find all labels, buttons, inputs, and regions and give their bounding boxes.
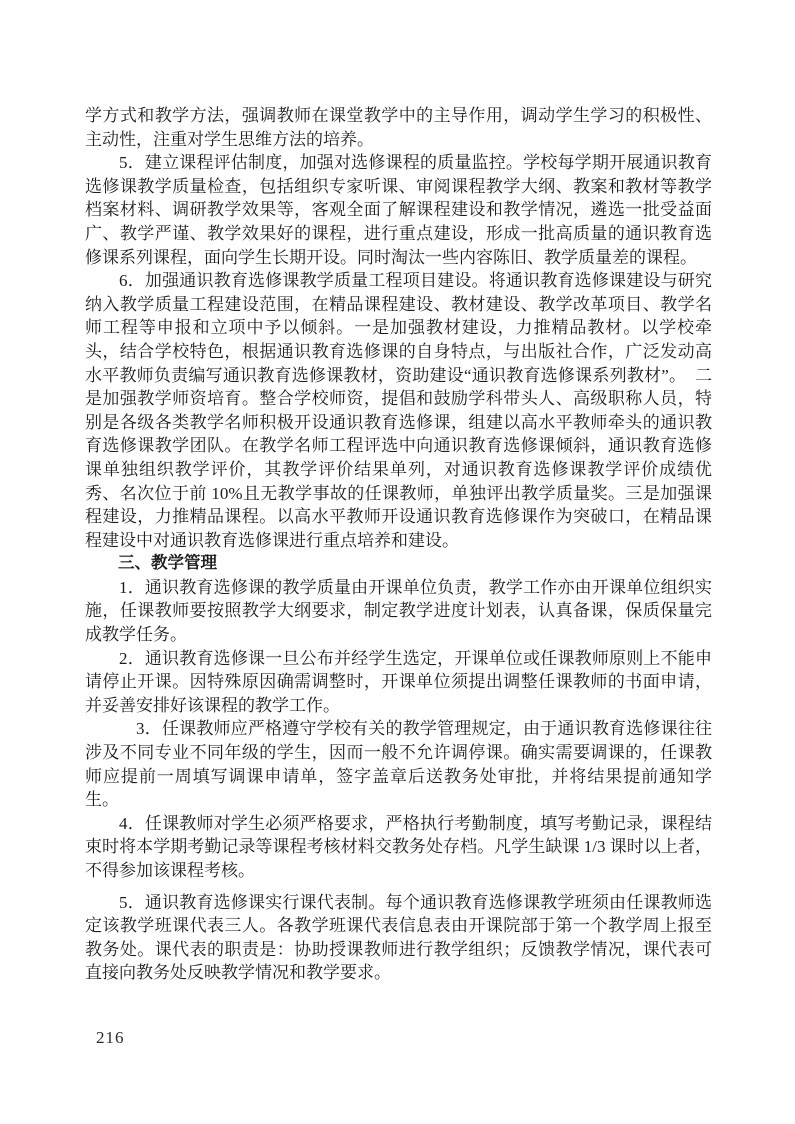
paragraph-continuation: 学方式和教学方法，强调教师在课堂教学中的主导作用，调动学生学习的积极性、主动性，… (85, 104, 712, 151)
list-item-2-course-cancellation: 2．通识教育选修课一旦公布并经学生选定，开课单位或任课教师原则上不能申请停止开课… (85, 647, 712, 718)
document-page: 学方式和教学方法，强调教师在课堂教学中的主导作用，调动学生学习的积极性、主动性，… (0, 0, 795, 1124)
section-heading-teaching-management: 三、教学管理 (85, 552, 712, 576)
list-item-3-schedule-changes: 3．任课教师应严格遵守学校有关的教学管理规定，由于通识教育选修课往往涉及不同专业… (85, 717, 712, 811)
page-number: 216 (96, 1028, 125, 1048)
list-item-1-teaching-quality: 1．通识教育选修课的教学质量由开课单位负责，教学工作亦由开课单位组织实施，任课教… (85, 576, 712, 647)
list-item-6-quality-project: 6．加强通识教育选修课教学质量工程项目建设。将通识教育选修课建设与研究纳入教学质… (85, 269, 712, 552)
list-item-5-class-representatives: 5．通识教育选修课实行课代表制。每个通识教育选修课教学班须由任课教师选定该教学班… (85, 891, 712, 985)
document-text-block: 学方式和教学方法，强调教师在课堂教学中的主导作用，调动学生学习的积极性、主动性，… (85, 104, 712, 985)
list-item-4-attendance: 4．任课教师对学生必须严格要求，严格执行考勤制度，填写考勤记录，课程结束时将本学… (85, 812, 712, 883)
list-item-5-quality-evaluation: 5．建立课程评估制度，加强对选修课程的质量监控。学校每学期开展通识教育选修课教学… (85, 151, 712, 269)
